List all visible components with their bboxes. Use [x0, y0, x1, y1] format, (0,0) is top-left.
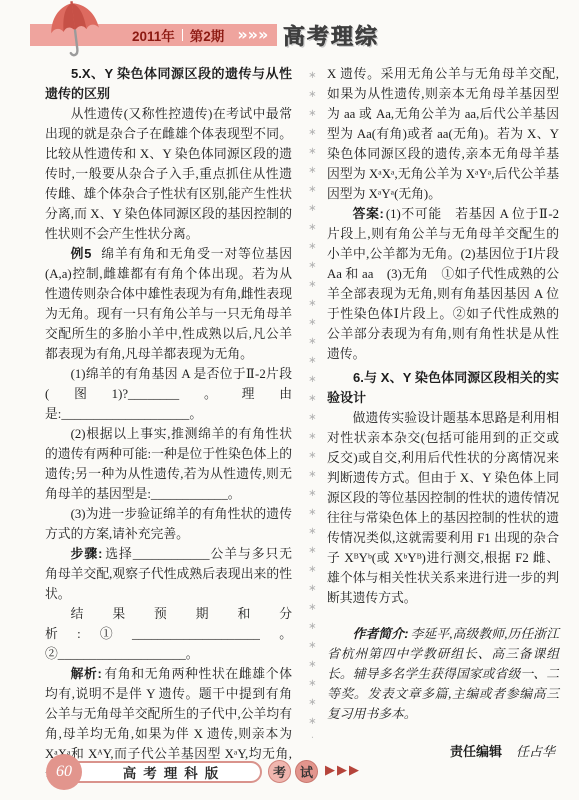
issue-year: 2011年 — [132, 25, 175, 45]
left-column: 5.X、Y 染色体同源区段的遗传与从性遗传的区别 从性遗传(又称性控遗传)在考试… — [45, 64, 292, 784]
band-separator — [182, 29, 183, 41]
edition-pill: 高考理科版 — [64, 761, 262, 783]
page-footer: 高考理科版 60 考 试 ▶▶▶ — [0, 752, 579, 796]
edition-title: 高考理科版 — [123, 762, 226, 782]
chevrons-icon: »»» — [237, 27, 268, 43]
section-5-heading: 5.X、Y 染色体同源区段的遗传与从性遗传的区别 — [45, 64, 292, 104]
badge-kao: 考 — [268, 760, 291, 783]
example-5-paragraph: 例5绵羊有角和无角受一对等位基因(A,a)控制,雌雄都有有角个体出现。若为从性遗… — [45, 244, 292, 364]
analysis-label: 解析: — [71, 666, 102, 681]
issue-number: 第2期 — [190, 25, 225, 45]
author-bio-paragraph: 作者简介:李延平,高级教师,历任浙江省杭州第四中学教研组长、高三备课组长。辅导多… — [327, 624, 559, 724]
design-paragraph: 做遗传实验设计题基本思路是利用相对性状亲本杂交(包括可能用到的正交或反交)或自交… — [327, 408, 559, 608]
result-paragraph: 结果预期和分析:①____________________。②_________… — [45, 604, 292, 664]
masthead-title: 高考理综 — [283, 20, 379, 51]
section-6-heading: 6.与 X、Y 染色体同源区段相关的实验设计 — [327, 368, 559, 408]
umbrella-icon — [46, 0, 104, 62]
question-2: (2)根据以上事实,推测绵羊的有角性状的遗传有两种可能:一种是位于性染色体上的遗… — [45, 424, 292, 504]
page-number: 60 — [56, 763, 72, 781]
footer-arrows-icon: ▶▶▶ — [325, 763, 361, 778]
answer-text: (1)不可能 若基因 A 位于Ⅱ-2片段上,则有角公羊与无角母羊交配生的小羊中,… — [327, 207, 572, 361]
question-1: (1)绵羊的有角基因 A 是否位于Ⅱ-2片段(图1)?________。理由是:… — [45, 364, 292, 424]
article-body: 5.X、Y 染色体同源区段的遗传与从性遗传的区别 从性遗传(又称性控遗传)在考试… — [45, 64, 559, 784]
intro-paragraph: 从性遗传(又称性控遗传)在考试中最常出现的就是杂合子在雌雄个体表现型不同。比较从… — [45, 104, 292, 244]
example-5-label: 例5 — [71, 246, 92, 261]
page-number-badge: 60 — [46, 754, 82, 790]
page-header: 2011年 第2期 »»» 高考理综 — [0, 0, 579, 64]
badge-shi: 试 — [295, 760, 318, 783]
author-bio-label: 作者简介: — [353, 626, 409, 641]
step-paragraph: 步骤:选择____________公羊与多只无角母羊交配,观察子代性成熟后表现出… — [45, 544, 292, 604]
continuation-paragraph: X 遗传。采用无角公羊与无角母羊交配,如果为从性遗传,则亲本无角母羊基因型为 a… — [327, 64, 559, 204]
right-column: X 遗传。采用无角公羊与无角母羊交配,如果为从性遗传,则亲本无角母羊基因型为 a… — [327, 64, 559, 784]
step-label: 步骤: — [71, 546, 103, 561]
question-3: (3)为进一步验证绵羊的有角性状的遗传方式的方案,请补充完善。 — [45, 504, 292, 544]
example-5-text: 绵羊有角和无角受一对等位基因(A,a)控制,雌雄都有有角个体出现。若为从性遗传则… — [45, 247, 292, 361]
author-bio-text: 李延平,高级教师,历任浙江省杭州第四中学教研组长、高三备课组长。辅导多名学生获得… — [327, 627, 559, 721]
answer-label: 答案: — [353, 206, 384, 221]
column-divider: ∗∗∗∗∗∗∗∗∗∗∗∗∗∗∗∗∗∗∗∗∗∗∗∗∗∗∗∗∗∗∗∗∗∗∗∗ — [306, 66, 319, 738]
answer-paragraph: 答案:(1)不可能 若基因 A 位于Ⅱ-2片段上,则有角公羊与无角母羊交配生的小… — [327, 204, 559, 364]
